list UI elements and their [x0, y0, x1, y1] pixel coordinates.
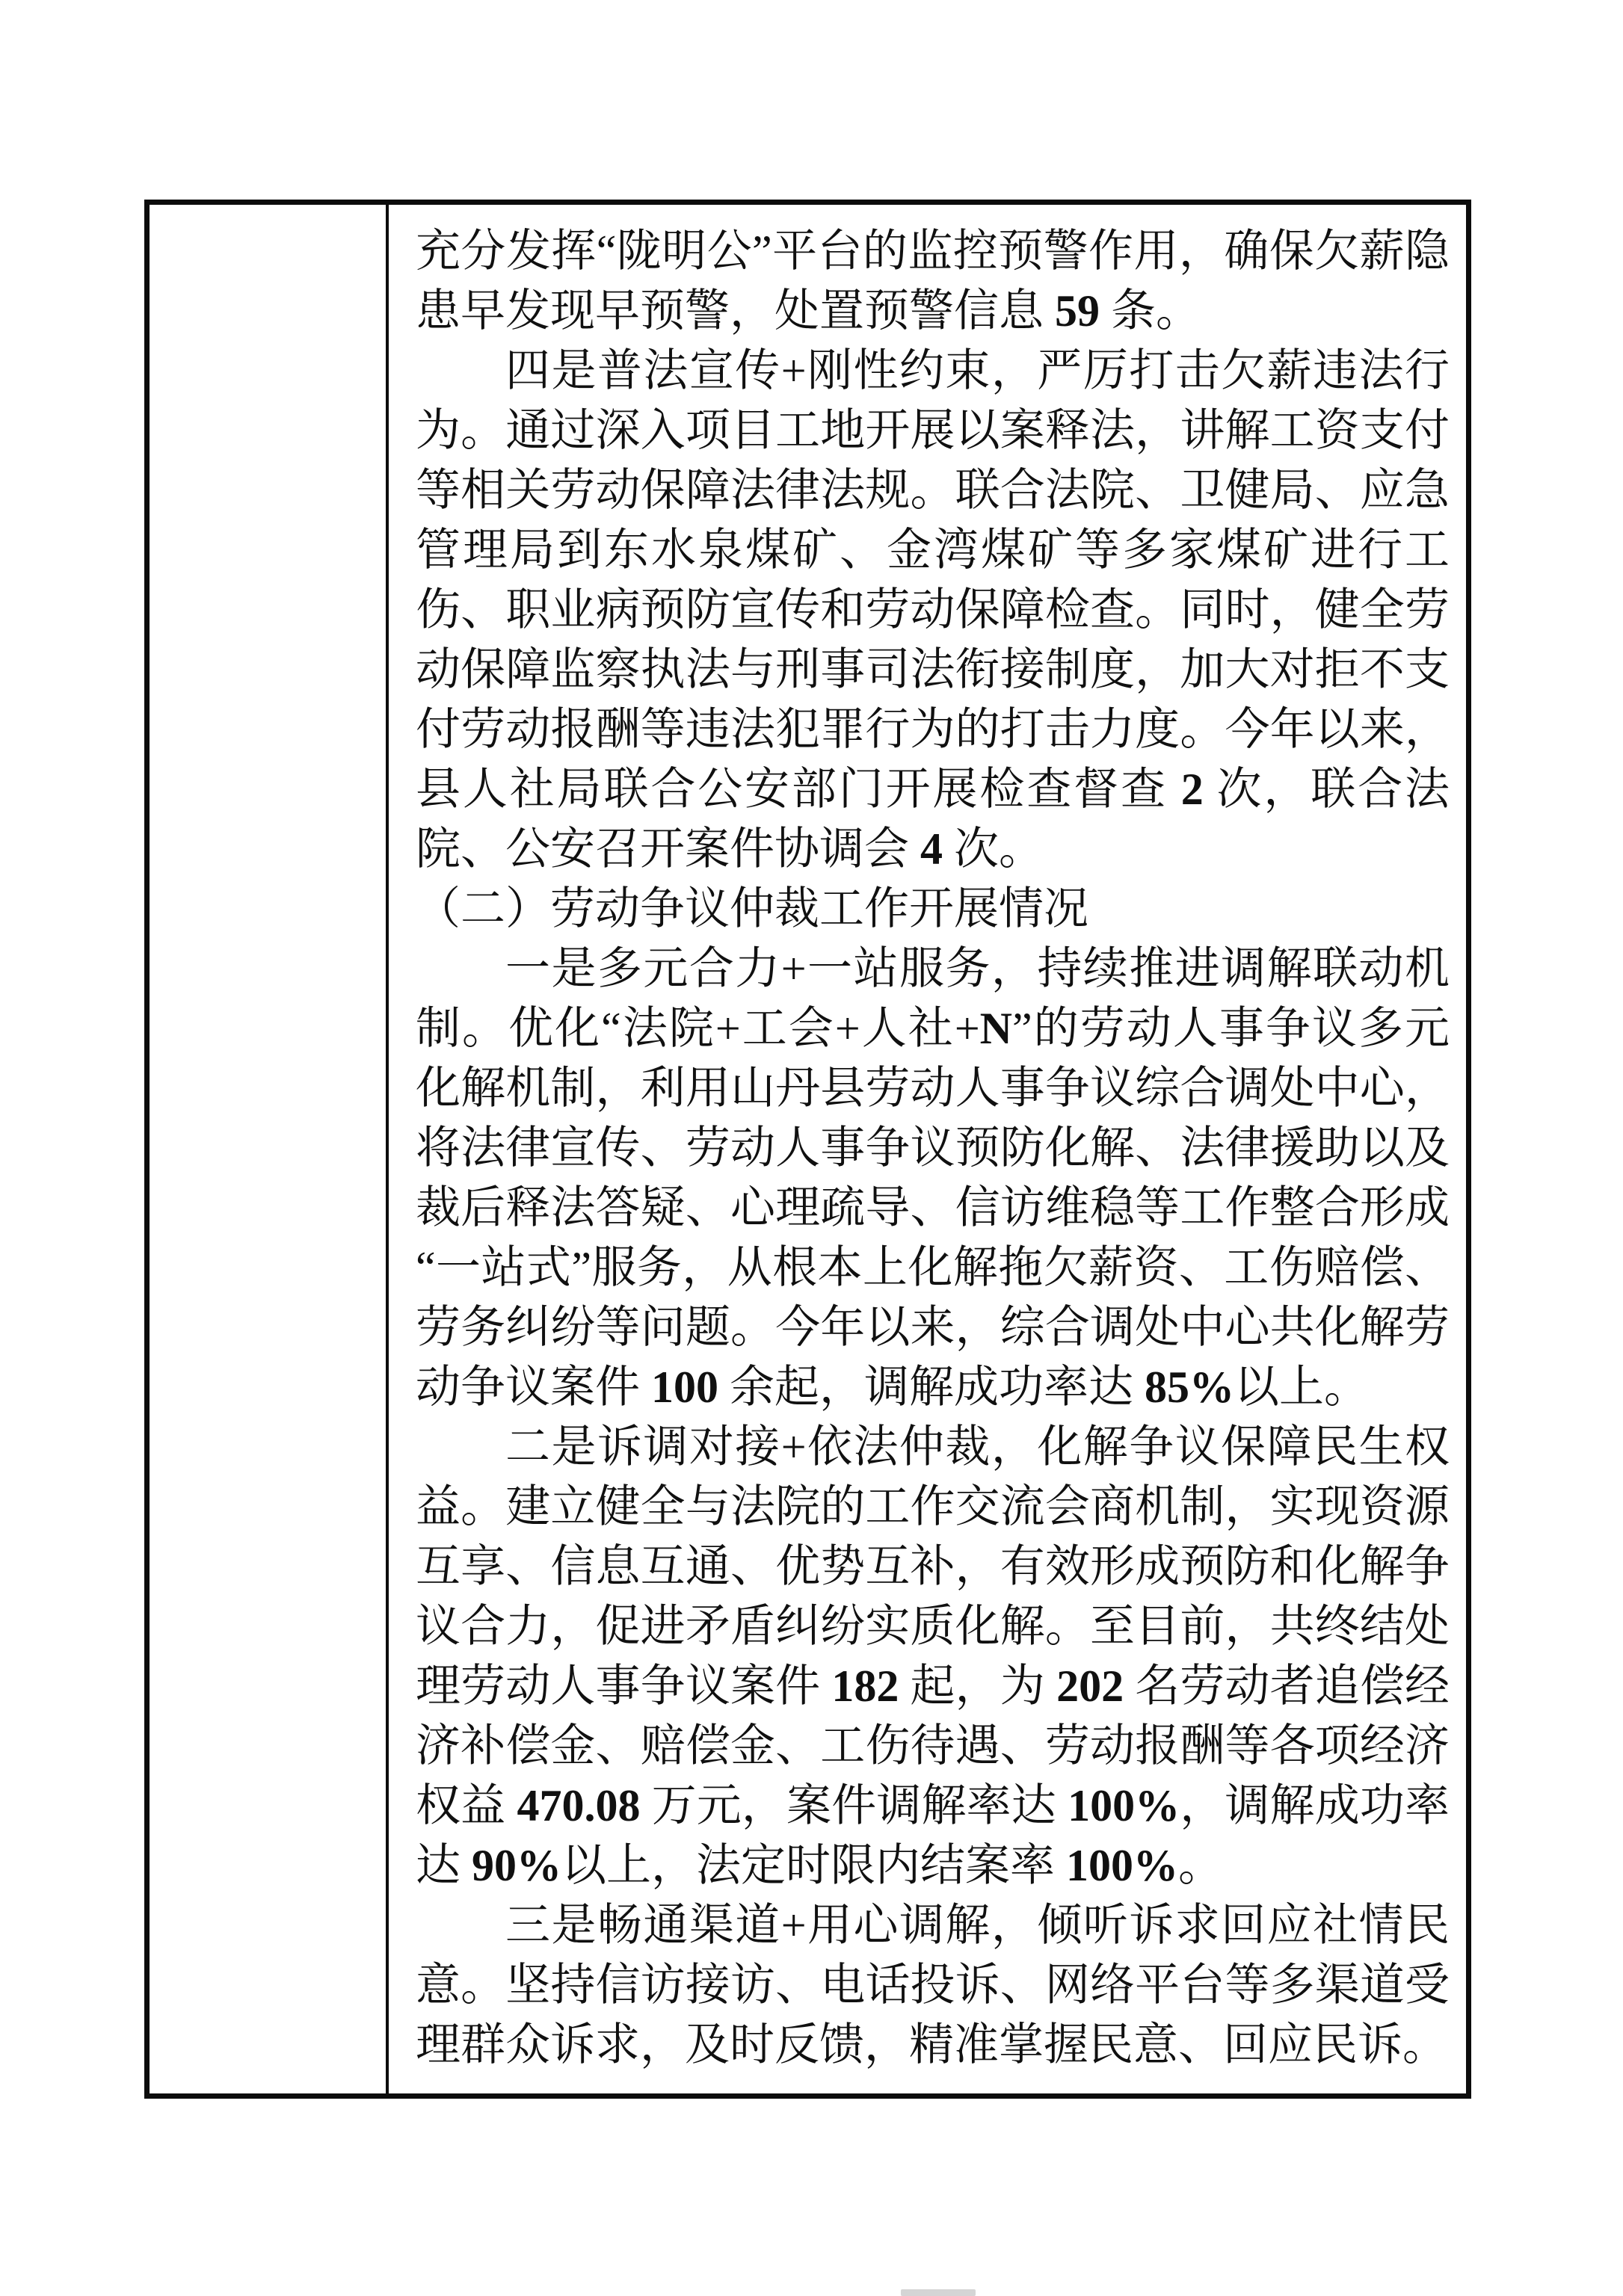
report-table: 充分发挥“陇明公”平台的监控预警作用，确保欠薪隐患早发现早预警，处置预警信息 5…: [144, 200, 1471, 2099]
text-segment: 三是畅通渠道+用心调解，倾听诉求回应社情民意。坚持信访接访、电话投诉、网络平台等…: [416, 1901, 1450, 2070]
numeral: 85%: [1145, 1363, 1234, 1412]
table-label-column-empty: [150, 205, 389, 2093]
text-segment: 充分发挥“陇明公”平台的监控预警作用，确保欠薪隐患早发现早预警，处置预警信息: [416, 226, 1450, 336]
text-segment: ”的劳动人事争议多元化解机制，利用山丹县劳动人事争议综合调处中心，将法律宣传、劳…: [416, 1004, 1450, 1412]
text-segment: 以上，法定时限内结案率: [561, 1841, 1066, 1890]
paragraph-measure-two: 二是诉调对接+依法仲裁，化解争议保障民生权益。建立健全与法院的工作交流会商机制，…: [416, 1417, 1450, 1895]
numeral: 90%: [472, 1841, 561, 1890]
numeral: 470.08: [517, 1781, 640, 1830]
numeral: 202: [1056, 1661, 1124, 1711]
numeral: 100%: [1068, 1781, 1180, 1830]
text-segment: 条。: [1100, 286, 1201, 336]
numeral: 100: [651, 1363, 718, 1412]
section-heading: （二）劳动争议仲裁工作开展情况: [416, 879, 1450, 939]
text-segment: 万元，案件调解率达: [640, 1781, 1068, 1830]
text-segment: 起，为: [899, 1661, 1056, 1711]
paragraph-continuation: 充分发挥“陇明公”平台的监控预警作用，确保欠薪隐患早发现早预警，处置预警信息 5…: [416, 221, 1450, 341]
numeral: 4: [920, 824, 943, 874]
scanned-document-page: 充分发挥“陇明公”平台的监控预警作用，确保欠薪隐患早发现早预警，处置预警信息 5…: [0, 0, 1623, 2296]
table-content-column: 充分发挥“陇明公”平台的监控预警作用，确保欠薪隐患早发现早预警，处置预警信息 5…: [389, 205, 1466, 2093]
numeral: 182: [831, 1661, 899, 1711]
text-segment: 。: [1178, 1841, 1223, 1890]
scan-artifact-smudge: [901, 2289, 976, 2296]
paragraph-measure-one: 一是多元合力+一站服务，持续推进调解联动机制。优化“法院+工会+人社+N”的劳动…: [416, 939, 1450, 1417]
numeral: 59: [1055, 286, 1100, 336]
numeral: 100%: [1066, 1841, 1178, 1890]
paragraph-measure-three: 三是畅通渠道+用心调解，倾听诉求回应社情民意。坚持信访接访、电话投诉、网络平台等…: [416, 1895, 1450, 2075]
text-segment: 四是普法宣传+刚性约束，严厉打击欠薪违法行为。通过深入项目工地开展以案释法，讲解…: [416, 346, 1450, 814]
heading-text: （二）劳动争议仲裁工作开展情况: [416, 884, 1088, 933]
paragraph-measure-four: 四是普法宣传+刚性约束，严厉打击欠薪违法行为。通过深入项目工地开展以案释法，讲解…: [416, 341, 1450, 879]
numeral: 2: [1181, 765, 1204, 814]
text-segment: 余起，调解成功率达: [718, 1363, 1145, 1412]
text-segment: 次。: [943, 824, 1044, 874]
text-segment: 以上。: [1234, 1363, 1369, 1412]
numeral: N: [980, 1004, 1012, 1053]
